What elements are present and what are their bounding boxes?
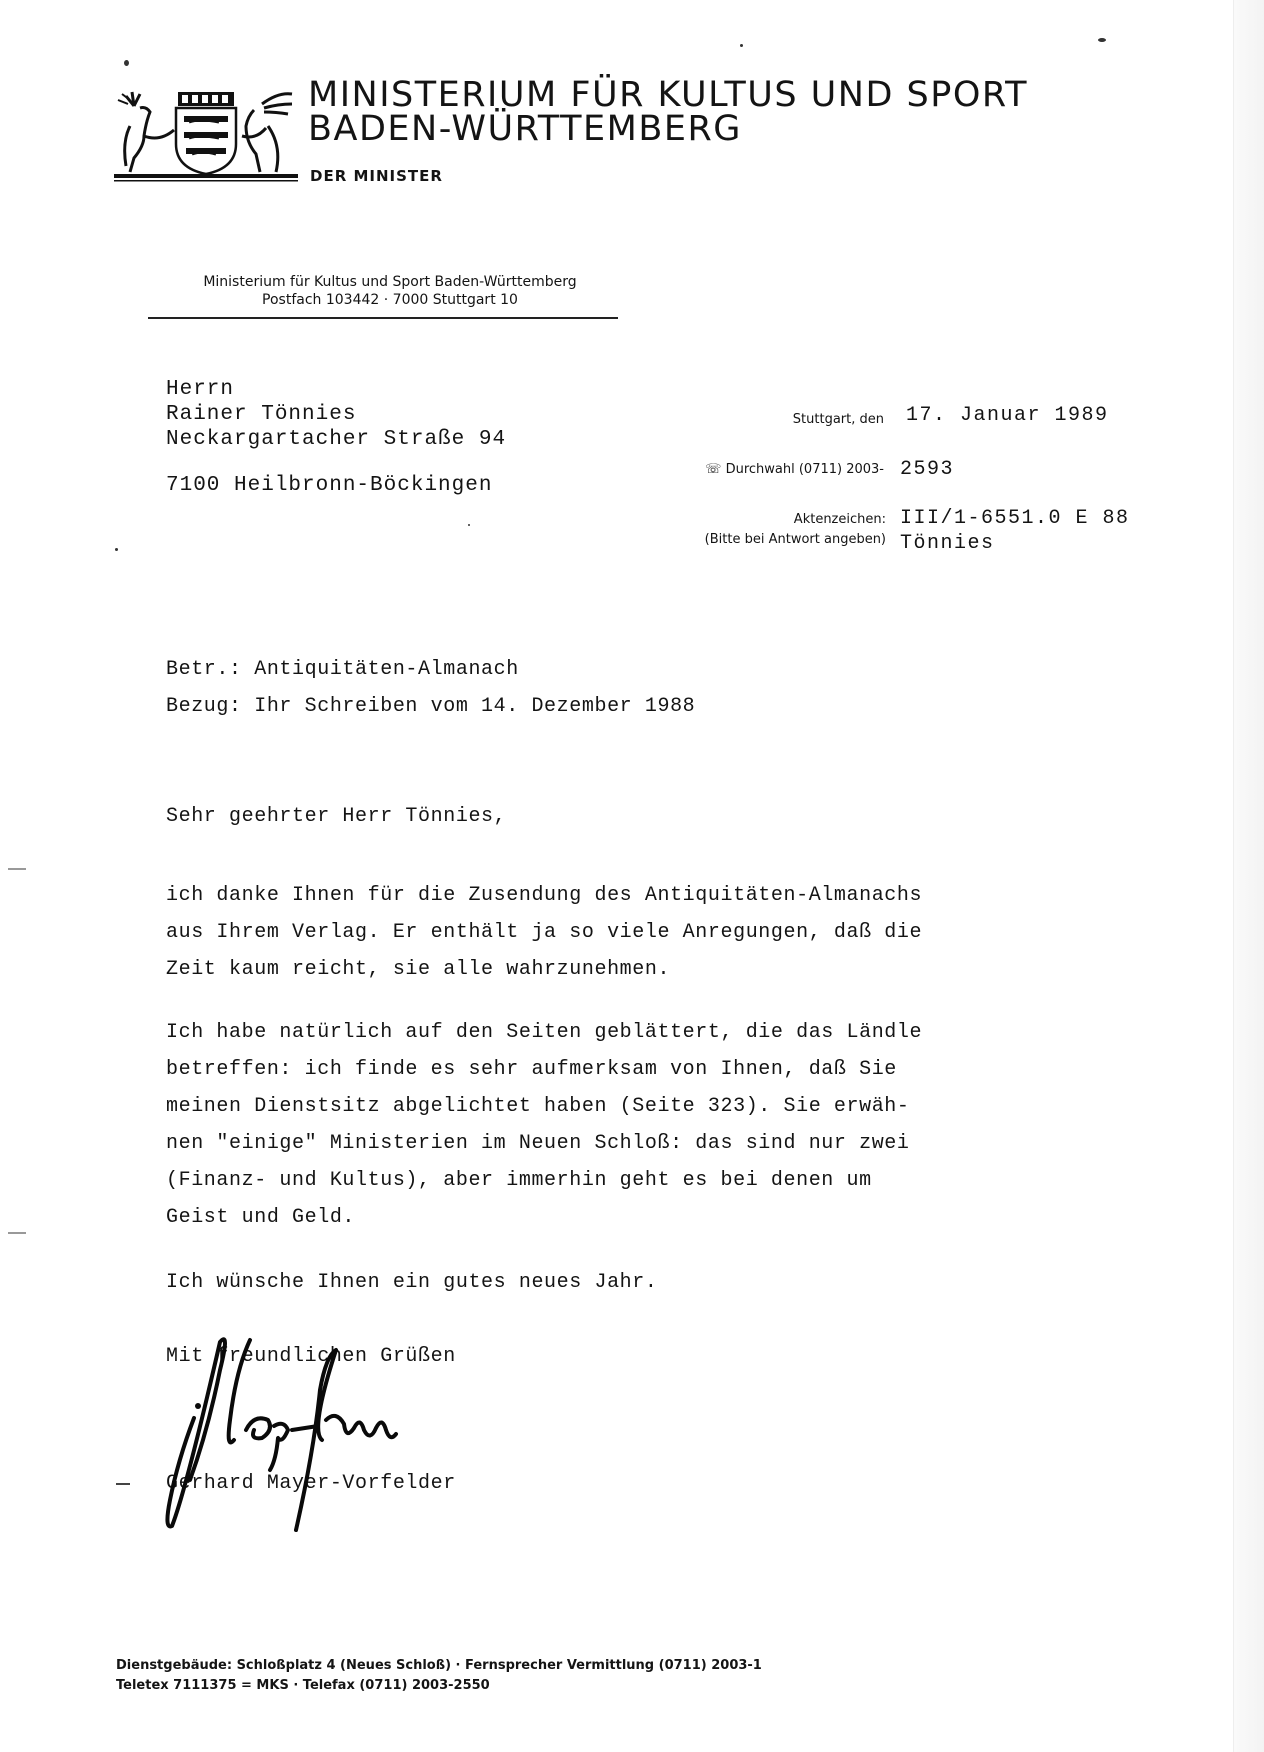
recipient-name: Rainer Tönnies: [166, 402, 506, 427]
phone-label-row: ☏ Durchwahl (0711) 2003-: [640, 462, 884, 477]
signature-icon: [150, 1330, 490, 1550]
sender-return-address: Ministerium für Kultus und Sport Baden-W…: [140, 273, 640, 309]
paragraph-1-line: Zeit kaum reicht, sie alle wahrzunehmen.: [166, 951, 922, 988]
paragraph-2-line: (Finanz- und Kultus), aber immerhin geht…: [166, 1162, 922, 1199]
punch-mark: [8, 868, 26, 870]
date-label: Stuttgart, den: [700, 412, 884, 427]
recipient-address: Herrn Rainer Tönnies Neckargartacher Str…: [166, 377, 506, 498]
subject-line: Betr.: Antiquitäten-Almanach: [166, 651, 519, 688]
scan-edge: [1233, 0, 1264, 1752]
paragraph-1-line: aus Ihrem Verlag. Er enthält ja so viele…: [166, 914, 922, 951]
phone-value: 2593: [900, 458, 954, 481]
paragraph-1: ich danke Ihnen für die Zusendung des An…: [166, 877, 922, 988]
ref-name: Tönnies: [900, 532, 995, 555]
dash-mark: [116, 1483, 130, 1485]
paragraph-1-line: ich danke Ihnen für die Zusendung des An…: [166, 877, 922, 914]
recipient-salutation: Herrn: [166, 377, 506, 402]
scan-speck: [740, 44, 743, 47]
footer-line-1: Dienstgebäude: Schloßplatz 4 (Neues Schl…: [116, 1656, 762, 1676]
paragraph-2-line: meinen Dienstsitz abgelichtet haben (Sei…: [166, 1088, 922, 1125]
sender-line-2: Postfach 103442 · 7000 Stuttgart 10: [140, 291, 640, 309]
scan-speck: [1098, 38, 1106, 42]
telephone-icon: ☏: [705, 462, 721, 477]
phone-label: Durchwahl (0711) 2003-: [726, 462, 884, 477]
recipient-city: 7100 Heilbronn-Böckingen: [166, 473, 506, 498]
sender-line-1: Ministerium für Kultus und Sport Baden-W…: [140, 273, 640, 291]
recipient-street: Neckargartacher Straße 94: [166, 427, 506, 452]
ref-label: Aktenzeichen:: [640, 512, 886, 527]
paragraph-3: Ich wünsche Ihnen ein gutes neues Jahr.: [166, 1264, 657, 1301]
ref-note: (Bitte bei Antwort angeben): [620, 532, 886, 547]
paragraph-2-line: betreffen: ich finde es sehr aufmerksam …: [166, 1051, 922, 1088]
paragraph-2-line: Geist und Geld.: [166, 1199, 922, 1236]
scan-speck: [115, 548, 118, 551]
footer-line-2: Teletex 7111375 = MKS · Telefax (0711) 2…: [116, 1676, 762, 1696]
paragraph-2: Ich habe natürlich auf den Seiten geblät…: [166, 1014, 922, 1236]
coat-of-arms-icon: [114, 86, 298, 184]
reference-line: Bezug: Ihr Schreiben vom 14. Dezember 19…: [166, 688, 695, 725]
state-title: BADEN-WÜRTTEMBERG: [308, 110, 742, 148]
scan-speck: [124, 60, 129, 66]
ref-value: III/1-6551.0 E 88: [900, 507, 1130, 530]
punch-mark: [8, 1232, 26, 1234]
date-value: 17. Januar 1989: [906, 404, 1109, 427]
greeting: Sehr geehrter Herr Tönnies,: [166, 798, 506, 835]
paragraph-2-line: Ich habe natürlich auf den Seiten geblät…: [166, 1014, 922, 1051]
sender-divider: [148, 317, 618, 319]
paragraph-2-line: nen "einige" Ministerien im Neuen Schloß…: [166, 1125, 922, 1162]
scan-speck: [468, 524, 470, 526]
footer: Dienstgebäude: Schloßplatz 4 (Neues Schl…: [116, 1656, 762, 1696]
minister-subtitle: DER MINISTER: [310, 167, 443, 185]
